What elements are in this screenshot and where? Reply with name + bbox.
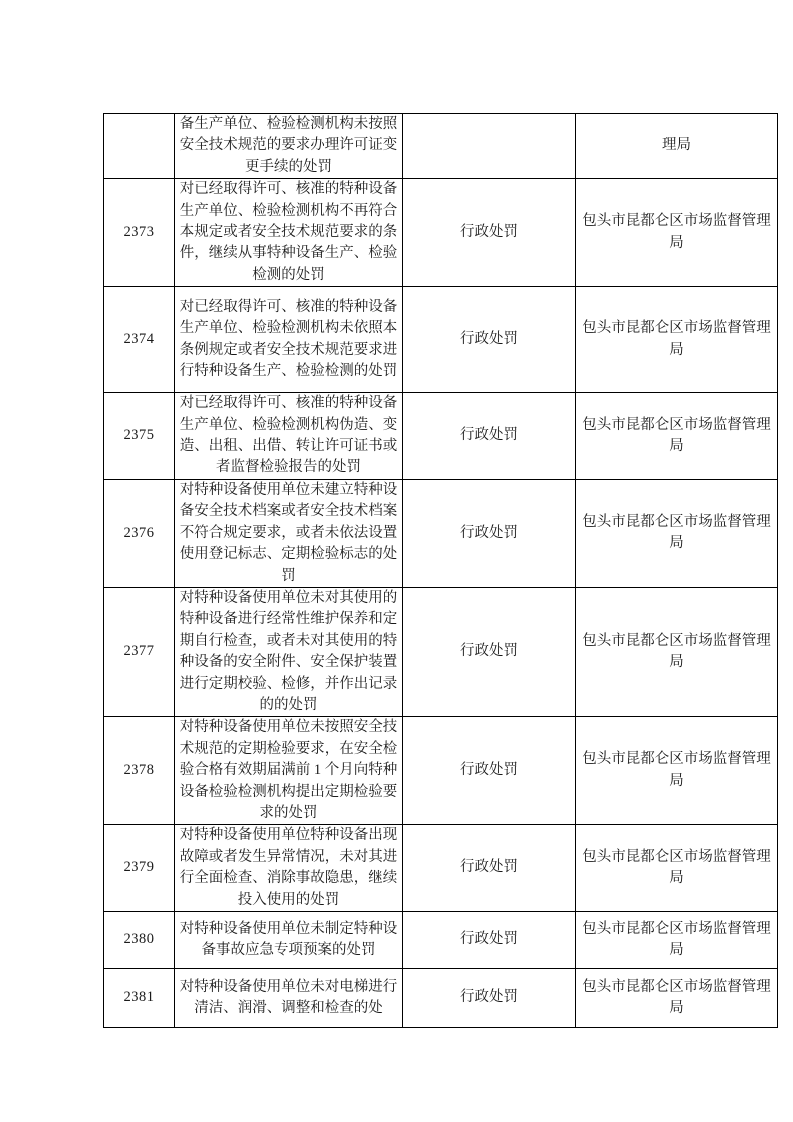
agency-cell: 包头市昆都仑区市场监督管理局	[576, 287, 778, 393]
row-number-cell: 2375	[104, 393, 175, 480]
agency-cell: 包头市昆都仑区市场监督管理局	[576, 912, 778, 969]
row-number-cell: 2379	[104, 825, 175, 912]
table-row: 2380 对特种设备使用单位未制定特种设备事故应急专项预案的处罚 行政处罚 包头…	[104, 912, 778, 969]
row-number-cell: 2381	[104, 969, 175, 1028]
agency-cell: 包头市昆都仑区市场监督管理局	[576, 587, 778, 716]
penalty-type-cell: 行政处罚	[403, 587, 576, 716]
table-row: 2379 对特种设备使用单位特种设备出现故障或者发生异常情况，未对其进行全面检查…	[104, 825, 778, 912]
agency-cell: 包头市昆都仑区市场监督管理局	[576, 717, 778, 825]
table-row: 2374 对已经取得许可、核准的特种设备生产单位、检验检测机构未依照本条例规定或…	[104, 287, 778, 393]
row-number-cell: 2380	[104, 912, 175, 969]
document-page: 备生产单位、检验检测机构未按照安全技术规范的要求办理许可证变更手续的处罚 理局 …	[0, 0, 793, 1122]
description-cell: 对已经取得许可、核准的特种设备生产单位、检验检测机构不再符合本规定或者安全技术规…	[175, 179, 403, 287]
row-number-cell: 2378	[104, 717, 175, 825]
penalty-type-cell: 行政处罚	[403, 912, 576, 969]
agency-cell: 包头市昆都仑区市场监督管理局	[576, 825, 778, 912]
penalty-type-cell: 行政处罚	[403, 969, 576, 1028]
penalty-type-cell	[403, 114, 576, 179]
row-number-cell: 2374	[104, 287, 175, 393]
description-cell: 备生产单位、检验检测机构未按照安全技术规范的要求办理许可证变更手续的处罚	[175, 114, 403, 179]
table-row: 2375 对已经取得许可、核准的特种设备生产单位、检验检测机构伪造、变造、出租、…	[104, 393, 778, 480]
agency-cell: 包头市昆都仑区市场监督管理局	[576, 179, 778, 287]
description-cell: 对特种设备使用单位特种设备出现故障或者发生异常情况，未对其进行全面检查、消除事故…	[175, 825, 403, 912]
row-number-cell: 2377	[104, 587, 175, 716]
description-cell: 对已经取得许可、核准的特种设备生产单位、检验检测机构未依照本条例规定或者安全技术…	[175, 287, 403, 393]
row-number-cell	[104, 114, 175, 179]
agency-cell: 理局	[576, 114, 778, 179]
table-row: 2377 对特种设备使用单位未对其使用的特种设备进行经常性维护保养和定期自行检查…	[104, 587, 778, 716]
table-row: 2376 对特种设备使用单位未建立特种设备安全技术档案或者安全技术档案不符合规定…	[104, 479, 778, 587]
description-cell: 对特种设备使用单位未建立特种设备安全技术档案或者安全技术档案不符合规定要求，或者…	[175, 479, 403, 587]
description-cell: 对已经取得许可、核准的特种设备生产单位、检验检测机构伪造、变造、出租、出借、转让…	[175, 393, 403, 480]
penalty-type-cell: 行政处罚	[403, 393, 576, 480]
table-row: 备生产单位、检验检测机构未按照安全技术规范的要求办理许可证变更手续的处罚 理局	[104, 114, 778, 179]
penalty-table: 备生产单位、检验检测机构未按照安全技术规范的要求办理许可证变更手续的处罚 理局 …	[103, 113, 778, 1028]
description-cell: 对特种设备使用单位未对电梯进行清洁、润滑、调整和检查的处	[175, 969, 403, 1028]
penalty-type-cell: 行政处罚	[403, 479, 576, 587]
row-number-cell: 2376	[104, 479, 175, 587]
table-row: 2373 对已经取得许可、核准的特种设备生产单位、检验检测机构不再符合本规定或者…	[104, 179, 778, 287]
penalty-type-cell: 行政处罚	[403, 287, 576, 393]
penalty-type-cell: 行政处罚	[403, 825, 576, 912]
penalty-type-cell: 行政处罚	[403, 717, 576, 825]
description-cell: 对特种设备使用单位未对其使用的特种设备进行经常性维护保养和定期自行检查，或者未对…	[175, 587, 403, 716]
description-cell: 对特种设备使用单位未按照安全技术规范的定期检验要求，在安全检验合格有效期届满前 …	[175, 717, 403, 825]
row-number-cell: 2373	[104, 179, 175, 287]
description-cell: 对特种设备使用单位未制定特种设备事故应急专项预案的处罚	[175, 912, 403, 969]
table-row: 2378 对特种设备使用单位未按照安全技术规范的定期检验要求，在安全检验合格有效…	[104, 717, 778, 825]
penalty-type-cell: 行政处罚	[403, 179, 576, 287]
agency-cell: 包头市昆都仑区市场监督管理局	[576, 393, 778, 480]
table-row: 2381 对特种设备使用单位未对电梯进行清洁、润滑、调整和检查的处 行政处罚 包…	[104, 969, 778, 1028]
agency-cell: 包头市昆都仑区市场监督管理局	[576, 969, 778, 1028]
agency-cell: 包头市昆都仑区市场监督管理局	[576, 479, 778, 587]
